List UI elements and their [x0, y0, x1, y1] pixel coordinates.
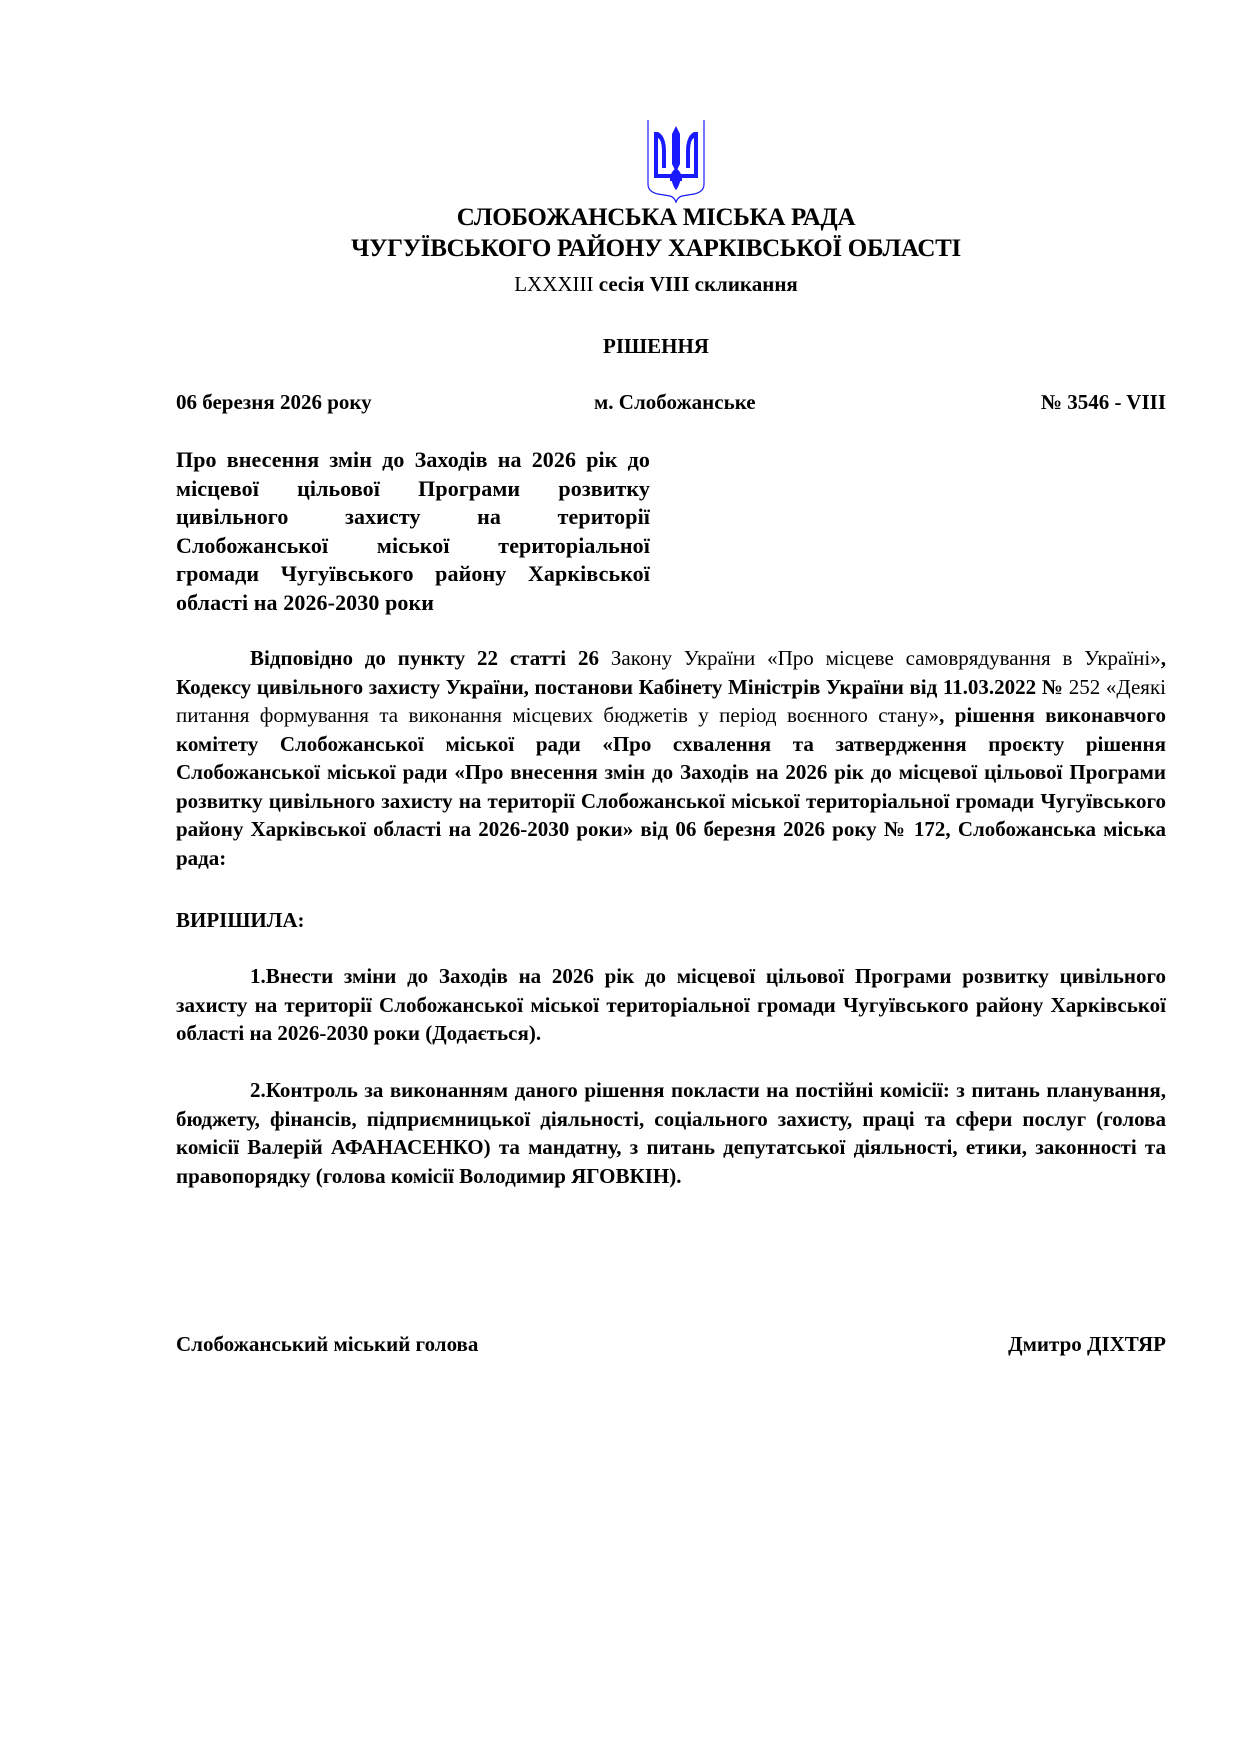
decision-city: м. Слобожанське	[594, 389, 756, 415]
resolution-item-2: 2.Контроль за виконанням даного рішення …	[176, 1076, 1166, 1190]
council-name: СЛОБОЖАНСЬКА МІСЬКА РАДА	[36, 202, 1240, 233]
signature-block: Слобожанський міський голова Дмитро ДІХТ…	[176, 1331, 1166, 1361]
resolved-label: ВИРІШИЛА:	[176, 906, 1166, 935]
preamble-part: , рішення виконавчого комітету Слобожанс…	[176, 703, 1166, 870]
ukraine-trident-coat-of-arms-icon	[646, 118, 706, 204]
council-region: ЧУГУЇВСЬКОГО РАЙОНУ ХАРКІВСЬКОЇ ОБЛАСТІ	[36, 233, 1240, 264]
document-page: СЛОБОЖАНСЬКА МІСЬКА РАДА ЧУГУЇВСЬКОГО РА…	[0, 0, 1240, 1754]
signatory-role: Слобожанський міський голова	[176, 1331, 478, 1357]
preamble-part: Відповідно до пункту 22 статті 26	[250, 646, 599, 670]
preamble-paragraph: Відповідно до пункту 22 статті 26 Закону…	[176, 644, 1166, 872]
decision-subject: Про внесення змін до Заходів на 2026 рік…	[176, 446, 650, 617]
preamble-part: Закону України «Про місцеве самоврядуван…	[599, 646, 1161, 670]
session-text: сесія VIII скликання	[594, 272, 798, 296]
document-meta: 06 березня 2026 року м. Слобожанське № 3…	[176, 389, 1166, 417]
signatory-name: Дмитро ДІХТЯР	[1008, 1331, 1166, 1357]
session-info: LXXXIII сесія VIII скликання	[36, 271, 1240, 297]
session-numeral: LXXXIII	[514, 272, 593, 296]
resolution-item-1: 1.Внести зміни до Заходів на 2026 рік до…	[176, 962, 1166, 1048]
document-title: РІШЕННЯ	[36, 333, 1240, 359]
decision-date: 06 березня 2026 року	[176, 389, 372, 415]
decision-number: № 3546 - VIII	[1041, 389, 1166, 415]
